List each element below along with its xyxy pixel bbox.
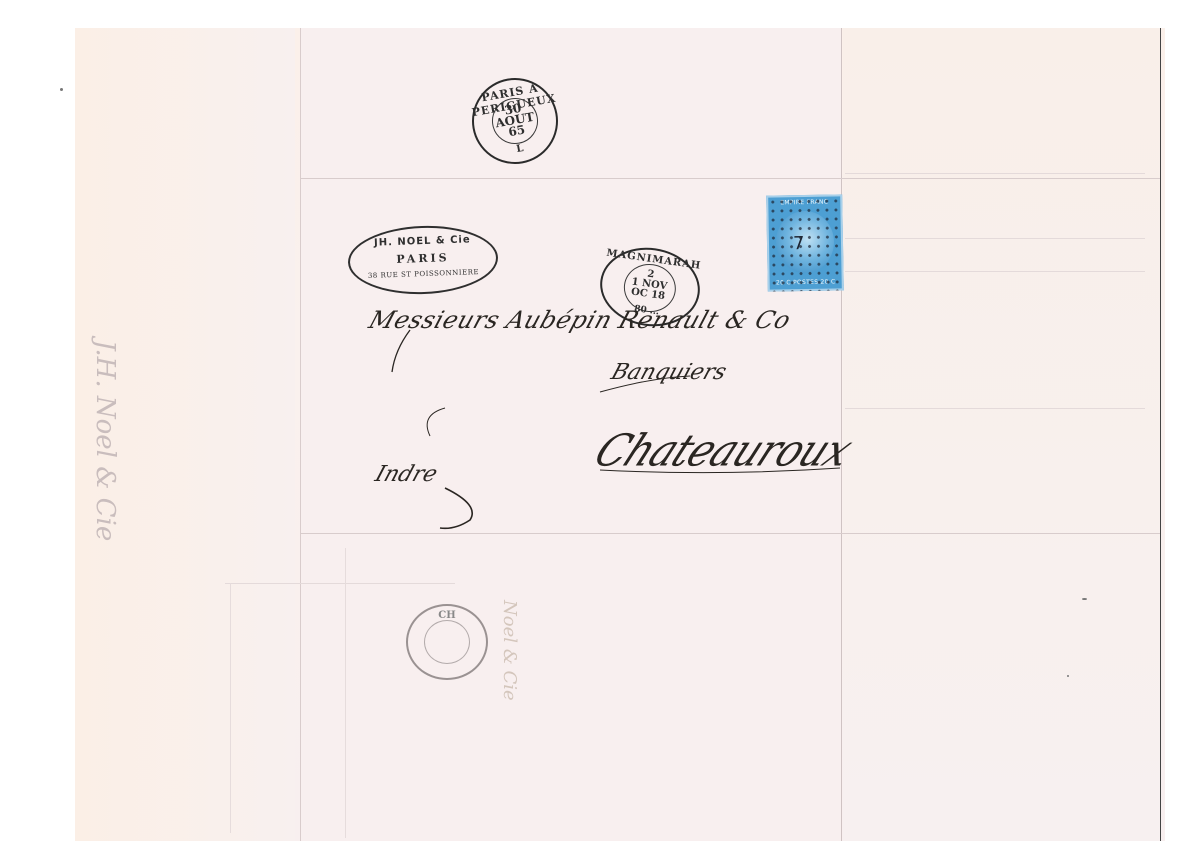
paper-speck xyxy=(60,88,63,91)
paper-speck xyxy=(1082,598,1087,600)
paper-speck xyxy=(1067,675,1069,677)
handwriting-flourishes xyxy=(0,0,1200,841)
